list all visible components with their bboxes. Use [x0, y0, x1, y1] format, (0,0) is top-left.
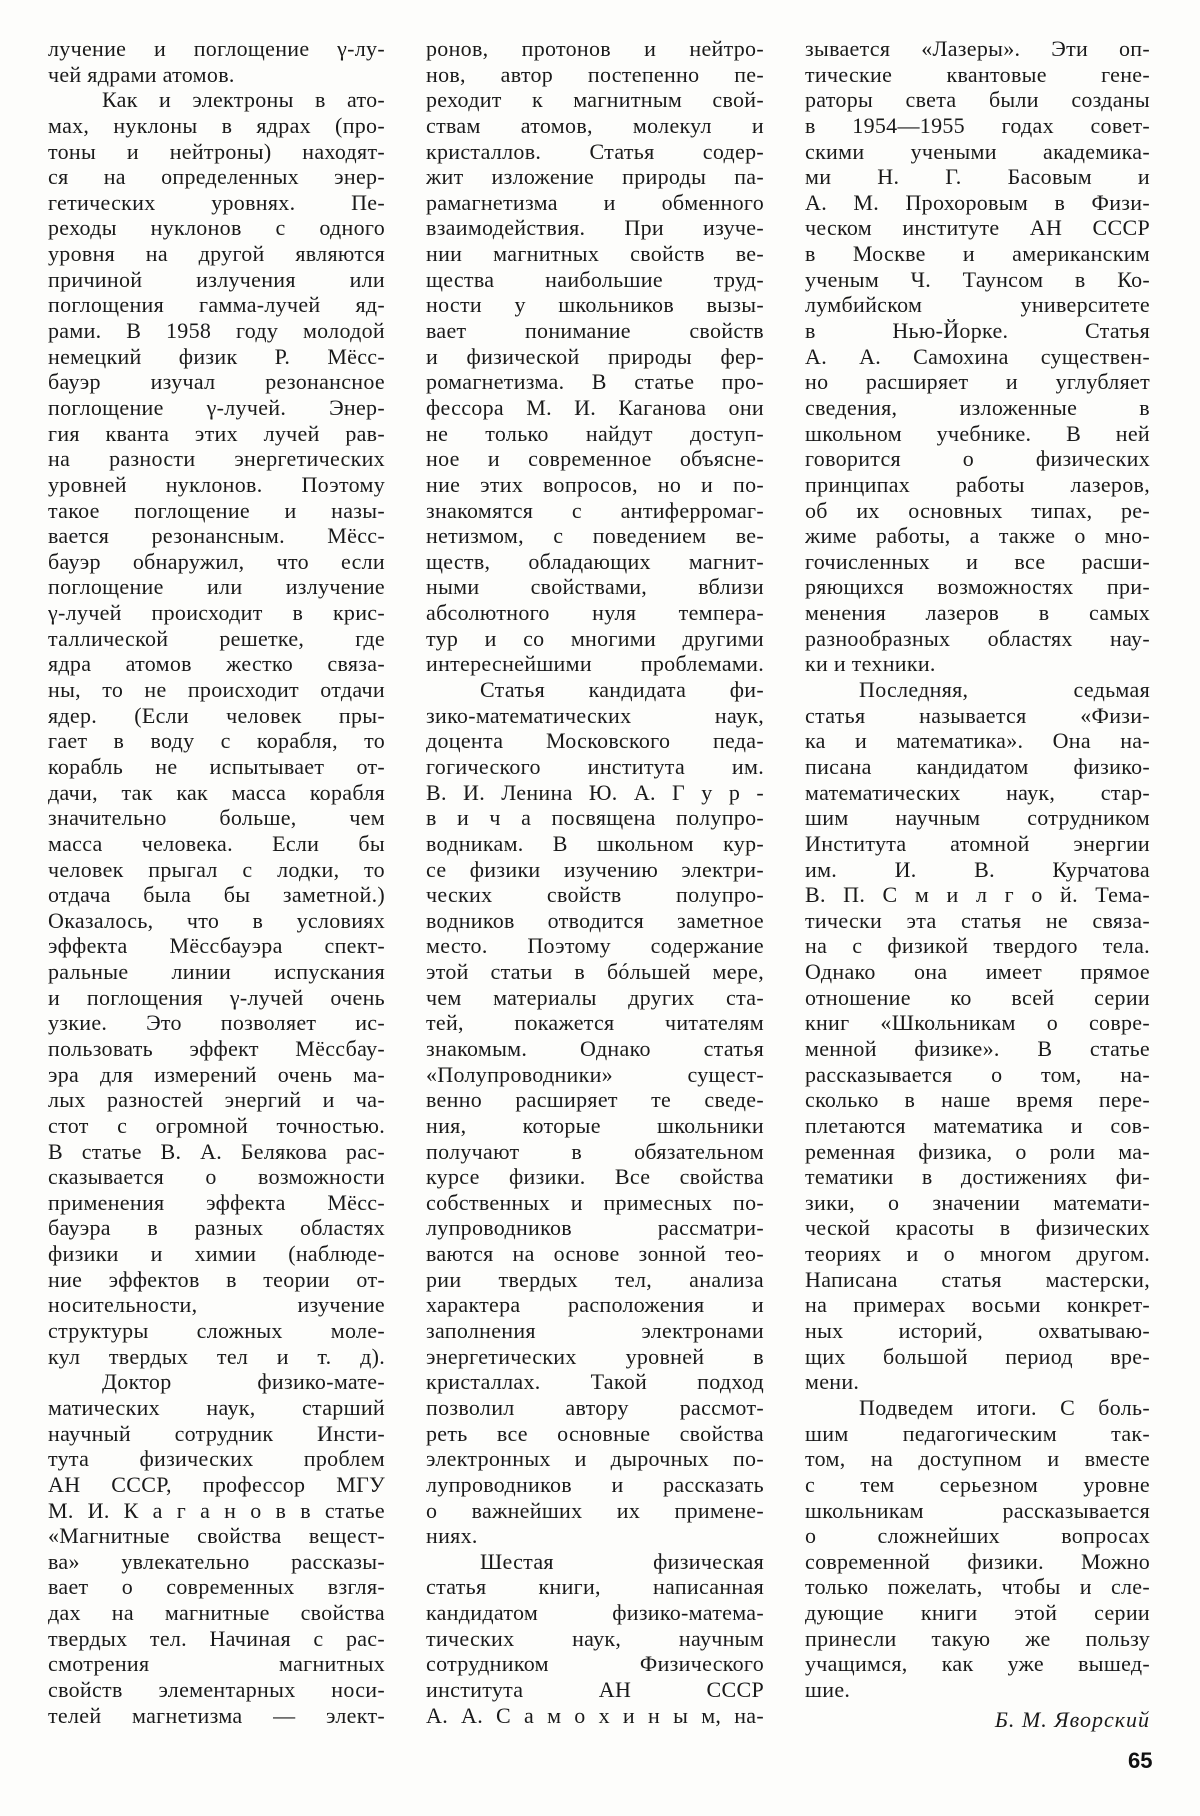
text-line: жит изложение природы па- [426, 164, 764, 190]
text-column-middle: ронов, протонов и нейтро-нов, автор пост… [426, 36, 764, 1728]
text-line: в 1954—1955 годах совет- [805, 113, 1150, 139]
text-line: дующие книги этой серии [805, 1600, 1150, 1626]
text-line: рами. В 1958 году молодой [48, 318, 385, 344]
text-line: в Москве и американским [805, 241, 1150, 267]
text-line: корабль не испытывает от- [48, 754, 385, 780]
text-line: эра для измерений очень ма- [48, 1062, 385, 1088]
text-line: говорится о физических [805, 446, 1150, 472]
text-line: кристаллов. Статья содер- [426, 139, 764, 165]
text-line: жиме работы, а также о мно- [805, 523, 1150, 549]
text-line: «Магнитные свойства вещест- [48, 1523, 385, 1549]
text-line: тематики в достижениях фи- [805, 1164, 1150, 1190]
text-line: ми Н. Г. Басовым и [805, 164, 1150, 190]
text-line: нетизмом, с поведением ве- [426, 523, 764, 549]
text-line: чей ядрами атомов. [48, 62, 385, 88]
text-line: ромагнетизма. В статье про- [426, 369, 764, 395]
text-line: матических наук, старший [48, 1395, 385, 1421]
text-line: том, на доступном и вместе [805, 1446, 1150, 1472]
text-line: «Полупроводники» сущест- [426, 1062, 764, 1088]
text-line: водникам. В школьном кур- [426, 831, 764, 857]
text-line: принесли такую же пользу [805, 1626, 1150, 1652]
text-line: ния, которые школьники [426, 1113, 764, 1139]
text-line: поглощения гамма-лучей яд- [48, 292, 385, 318]
text-line: менной физике». В статье [805, 1036, 1150, 1062]
text-line: лумбийском университете [805, 292, 1150, 318]
text-line: института АН СССР [426, 1677, 764, 1703]
text-line: но расширяет и углубляет [805, 369, 1150, 395]
text-line: собственных и примесных по- [426, 1190, 764, 1216]
text-column-left: лучение и поглощение γ-лу-чей ядрами ато… [48, 36, 385, 1728]
text-line: об их основных типах, ре- [805, 498, 1150, 524]
text-line: статья называется «Физи- [805, 703, 1150, 729]
text-line: сколько в наше время пере- [805, 1087, 1150, 1113]
text-line: только пожелать, чтобы и сле- [805, 1574, 1150, 1600]
text-line: характера расположения и [426, 1292, 764, 1318]
text-line: этой статьи в бóльшей мере, [426, 959, 764, 985]
text-line: им. И. В. Курчатова [805, 857, 1150, 883]
text-line: раторы света были созданы [805, 87, 1150, 113]
text-line: ронов, протонов и нейтро- [426, 36, 764, 62]
text-line: ческой красоты в физических [805, 1215, 1150, 1241]
text-line: теориях и о многом другом. [805, 1241, 1150, 1267]
text-line: рии твердых тел, анализа [426, 1267, 764, 1293]
text-line: се физики изучению электри- [426, 857, 764, 883]
text-line: уровня на другой являются [48, 241, 385, 267]
author-signature: Б. М. Яворский [805, 1705, 1150, 1735]
text-line: чем материалы других ста- [426, 985, 764, 1011]
text-line: смотрения магнитных [48, 1651, 385, 1677]
text-line: щих большой период вре- [805, 1344, 1150, 1370]
text-line: вает понимание свойств [426, 318, 764, 344]
text-line: сведения, изложенные в [805, 395, 1150, 421]
text-line: ральные линии испускания [48, 959, 385, 985]
text-line: лупроводников и рассказать [426, 1472, 764, 1498]
text-line: школьникам рассказывается [805, 1498, 1150, 1524]
text-line: применения эффекта Мёсс- [48, 1190, 385, 1216]
text-line: ременная физика, о роли ма- [805, 1139, 1150, 1165]
page-number: 65 [1128, 1748, 1152, 1774]
text-line: о важнейших их примене- [426, 1498, 764, 1524]
text-line: поглощение γ-лучей. Энер- [48, 395, 385, 421]
text-line: учащимся, как уже вышед- [805, 1651, 1150, 1677]
text-line: человек прыгал с лодки, то [48, 857, 385, 883]
text-line: гия кванта этих лучей рав- [48, 421, 385, 447]
paragraph-start-line: Подведем итоги. С боль- [805, 1395, 1150, 1421]
text-line: статья книги, написанная [426, 1574, 764, 1600]
text-line: ки и техники. [805, 651, 1150, 677]
text-line: ние эффектов в теории от- [48, 1267, 385, 1293]
text-line: А. М. Прохоровым в Физи- [805, 190, 1150, 216]
text-line: позволил автору рассмот- [426, 1395, 764, 1421]
text-line: дачи, так как масса корабля [48, 780, 385, 806]
text-line: ваются на основе зонной тео- [426, 1241, 764, 1267]
text-line: нов, автор постепенно пе- [426, 62, 764, 88]
text-line: В. П. С м и л г о й. Тема- [805, 882, 1150, 908]
text-line: ва» увлекательно рассказы- [48, 1549, 385, 1575]
text-line: тур и со многими другими [426, 626, 764, 652]
text-line: ны, то не происходит отдачи [48, 677, 385, 703]
text-line: немецкий физик Р. Мёсс- [48, 344, 385, 370]
text-line: зики, о значении математи- [805, 1190, 1150, 1216]
text-line: тоны и нейтроны) находят- [48, 139, 385, 165]
text-line: Однако она имеет прямое [805, 959, 1150, 985]
text-line: тей, покажется читателям [426, 1010, 764, 1036]
text-line: сказывается о возможности [48, 1164, 385, 1190]
text-line: такое поглощение и назы- [48, 498, 385, 524]
text-line: гетических уровнях. Пе- [48, 190, 385, 216]
text-line: твердых тел. Начиная с рас- [48, 1626, 385, 1652]
text-line: лучение и поглощение γ-лу- [48, 36, 385, 62]
text-line: кандидатом физико-матема- [426, 1600, 764, 1626]
text-line: нии магнитных свойств ве- [426, 241, 764, 267]
text-line: А. А. Самохина существен- [805, 344, 1150, 370]
text-line: уровней нуклонов. Поэтому [48, 472, 385, 498]
text-line: мени. [805, 1369, 1150, 1395]
text-line: гочисленных и все расши- [805, 549, 1150, 575]
text-line: ученым Ч. Таунсом в Ко- [805, 267, 1150, 293]
text-line: менения лазеров в самых [805, 600, 1150, 626]
text-line: ядер. (Если человек пры- [48, 703, 385, 729]
text-line: венно расширяет те сведе- [426, 1087, 764, 1113]
text-line: Института атомной энергии [805, 831, 1150, 857]
text-line: ся на определенных энер- [48, 164, 385, 190]
text-line: реходит к магнитным свой- [426, 87, 764, 113]
text-line: водников отводится заметное [426, 908, 764, 934]
text-line: зико-математических наук, [426, 703, 764, 729]
text-line: бауэра в разных областях [48, 1215, 385, 1241]
text-line: шие. [805, 1677, 1150, 1703]
text-line: о сложнейших вопросах [805, 1523, 1150, 1549]
text-line: физики и химии (наблюде- [48, 1241, 385, 1267]
text-line: В статье В. А. Белякова рас- [48, 1139, 385, 1165]
text-line: взаимодействия. При изуче- [426, 215, 764, 241]
text-line: энергетических уровней в [426, 1344, 764, 1370]
text-line: ными свойствами, вблизи [426, 574, 764, 600]
text-line: телей магнетизма — элект- [48, 1703, 385, 1729]
text-line: научный сотрудник Инсти- [48, 1421, 385, 1447]
text-line: реходы нуклонов с одного [48, 215, 385, 241]
text-line: гает в воду с корабля, то [48, 728, 385, 754]
text-line: ние этих вопросов, но и по- [426, 472, 764, 498]
text-line: ствам атомов, молекул и [426, 113, 764, 139]
text-line: сотрудником Физического [426, 1651, 764, 1677]
text-line: М. И. К а г а н о в в статье [48, 1498, 385, 1524]
text-line: ное и современное объясне- [426, 446, 764, 472]
text-line: Написана статья мастерски, [805, 1267, 1150, 1293]
text-line: электронных и дырочных по- [426, 1446, 764, 1472]
text-line: современной физики. Можно [805, 1549, 1150, 1575]
text-line: получают в обязательном [426, 1139, 764, 1165]
text-line: значительно больше, чем [48, 805, 385, 831]
text-line: ности у школьников вызы- [426, 292, 764, 318]
paragraph-start-line: Статья кандидата фи- [426, 677, 764, 703]
text-line: тических наук, научным [426, 1626, 764, 1652]
text-line: тически эта статья не связа- [805, 908, 1150, 934]
text-line: и физической природы фер- [426, 344, 764, 370]
text-line: γ-лучей происходит в крис- [48, 600, 385, 626]
text-line: гогического института им. [426, 754, 764, 780]
text-line: шим научным сотрудником [805, 805, 1150, 831]
text-line: эффекта Мёссбауэра спект- [48, 933, 385, 959]
text-line: ка и математика». Она на- [805, 728, 1150, 754]
text-line: интереснейшими проблемами. [426, 651, 764, 677]
text-line: лых разностей энергий и ча- [48, 1087, 385, 1113]
text-line: фессора М. И. Каганова они [426, 395, 764, 421]
text-line: узкие. Это позволяет ис- [48, 1010, 385, 1036]
text-line: В. И. Ленина Ю. А. Г у р - [426, 780, 764, 806]
text-line: дах на магнитные свойства [48, 1600, 385, 1626]
text-line: вает о современных взгля- [48, 1574, 385, 1600]
text-line: ядра атомов жестко связа- [48, 651, 385, 677]
text-line: книг «Школьникам о совре- [805, 1010, 1150, 1036]
text-column-right: зывается «Лазеры». Эти оп-тические квант… [805, 36, 1150, 1735]
text-line: ческих свойств полупро- [426, 882, 764, 908]
text-line: школьном учебнике. В ней [805, 421, 1150, 447]
paragraph-start-line: Доктор физико-мате- [48, 1369, 385, 1395]
text-line: скими учеными академика- [805, 139, 1150, 165]
text-line: ниях. [426, 1523, 764, 1549]
text-line: на с физикой твердого тела. [805, 933, 1150, 959]
text-line: в Нью-Йорке. Статья [805, 318, 1150, 344]
text-line: носительности, изучение [48, 1292, 385, 1318]
text-line: зывается «Лазеры». Эти оп- [805, 36, 1150, 62]
text-line: доцента Московского педа- [426, 728, 764, 754]
text-line: принципах работы лазеров, [805, 472, 1150, 498]
text-line: ных историй, охватываю- [805, 1318, 1150, 1344]
text-line: пользовать эффект Мёссбау- [48, 1036, 385, 1062]
text-line: структуры сложных моле- [48, 1318, 385, 1344]
text-line: поглощение или излучение [48, 574, 385, 600]
text-line: свойств элементарных носи- [48, 1677, 385, 1703]
text-line: абсолютного нуля темпера- [426, 600, 764, 626]
text-line: на разности энергетических [48, 446, 385, 472]
text-line: реть все основные свойства [426, 1421, 764, 1447]
text-line: шим педагогическим так- [805, 1421, 1150, 1447]
text-line: А. А. С а м о х и н ы м, на- [426, 1703, 764, 1729]
text-line: ческом институте АН СССР [805, 215, 1150, 241]
text-line: вается резонансным. Мёсс- [48, 523, 385, 549]
text-line: курсе физики. Все свойства [426, 1164, 764, 1190]
text-line: тические квантовые гене- [805, 62, 1150, 88]
text-line: рамагнетизма и обменного [426, 190, 764, 216]
text-line: отношение ко всей серии [805, 985, 1150, 1011]
paragraph-start-line: Шестая физическая [426, 1549, 764, 1575]
text-line: знакомятся с антиферромаг- [426, 498, 764, 524]
text-line: бауэр обнаружил, что если [48, 549, 385, 575]
text-line: место. Поэтому содержание [426, 933, 764, 959]
text-line: стот с огромной точностью. [48, 1113, 385, 1139]
text-line: отдача была бы заметной.) [48, 882, 385, 908]
text-line: бауэр изучал резонансное [48, 369, 385, 395]
text-line: разнообразных областях нау- [805, 626, 1150, 652]
text-line: ряющихся возможностях при- [805, 574, 1150, 600]
text-line: АН СССР, профессор МГУ [48, 1472, 385, 1498]
text-line: щества наибольшие труд- [426, 267, 764, 293]
text-line: кристаллах. Такой подход [426, 1369, 764, 1395]
text-line: заполнения электронами [426, 1318, 764, 1344]
text-line: и поглощения γ-лучей очень [48, 985, 385, 1011]
text-line: лупроводников рассматри- [426, 1215, 764, 1241]
text-line: писана кандидатом физико- [805, 754, 1150, 780]
text-line: таллической решетке, где [48, 626, 385, 652]
paragraph-start-line: Последняя, седьмая [805, 677, 1150, 703]
text-line: тута физических проблем [48, 1446, 385, 1472]
text-line: знакомым. Однако статья [426, 1036, 764, 1062]
text-line: кул твердых тел и т. д). [48, 1344, 385, 1370]
text-line: с тем серьезном уровне [805, 1472, 1150, 1498]
text-line: на примерах восьми конкрет- [805, 1292, 1150, 1318]
text-line: математических наук, стар- [805, 780, 1150, 806]
text-line: причиной излучения или [48, 267, 385, 293]
text-line: рассказывается о том, на- [805, 1062, 1150, 1088]
text-line: ществ, обладающих магнит- [426, 549, 764, 575]
text-line: масса человека. Если бы [48, 831, 385, 857]
text-line: не только найдут доступ- [426, 421, 764, 447]
text-line: плетаются математика и сов- [805, 1113, 1150, 1139]
text-line: Оказалось, что в условиях [48, 908, 385, 934]
text-line: в и ч а посвящена полупро- [426, 805, 764, 831]
text-line: мах, нуклоны в ядрах (про- [48, 113, 385, 139]
paragraph-start-line: Как и электроны в ато- [48, 87, 385, 113]
